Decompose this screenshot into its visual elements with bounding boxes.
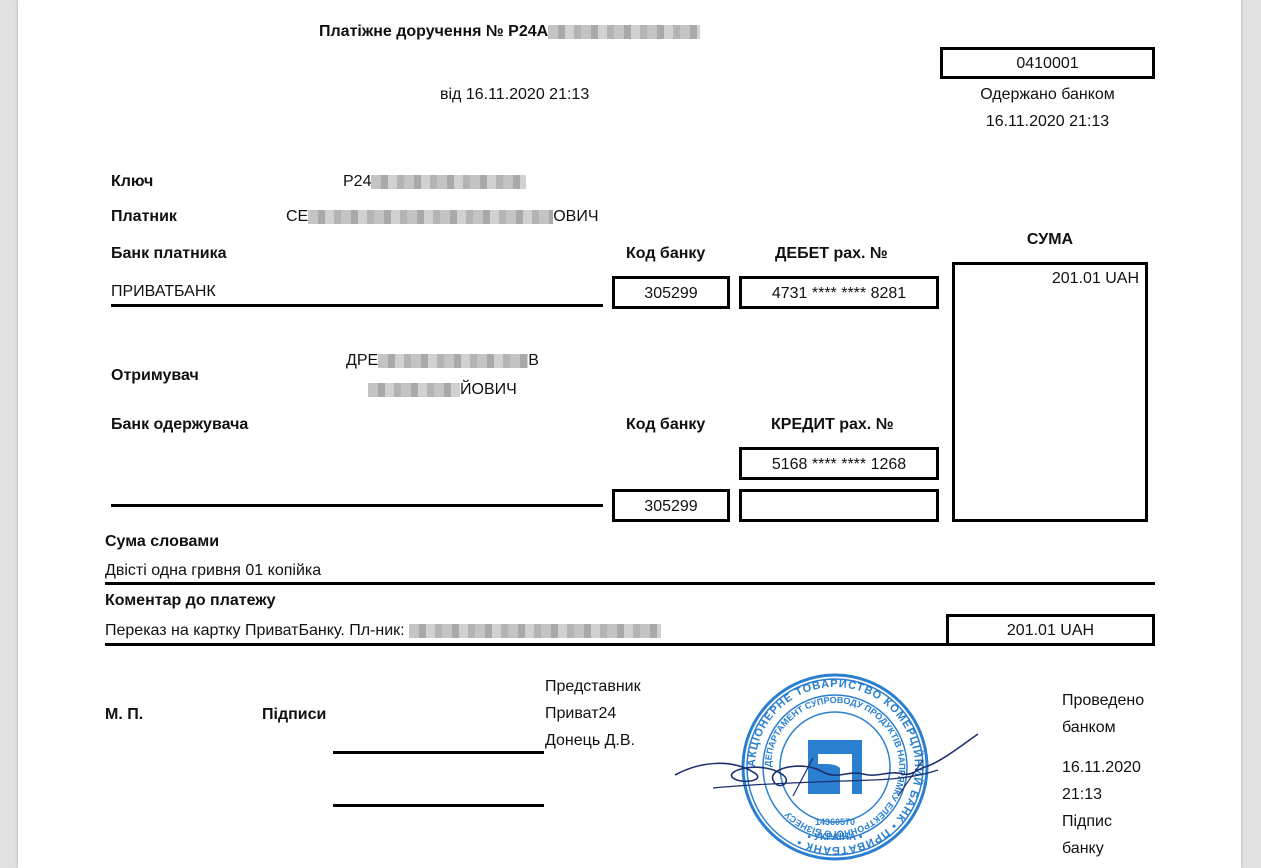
- payer-bank-code: 305299: [615, 285, 727, 303]
- signature-line-1: [333, 751, 544, 754]
- comment-amount-box: 201.01 UAH: [946, 614, 1155, 646]
- debit-label: ДЕБЕТ рах. №: [775, 245, 888, 263]
- bank-processed-line-2: банком: [1062, 719, 1116, 737]
- redacted-recipient-2: [368, 383, 460, 397]
- recipient-name-line2: ЙОВИЧ: [368, 381, 517, 399]
- document-date: від 16.11.2020 21:13: [440, 86, 589, 104]
- redacted-comment: [409, 624, 661, 638]
- form-code-box: 0410001: [940, 47, 1155, 79]
- recipient-bank-label: Банк одержувача: [111, 416, 248, 434]
- representative-line-2: Приват24: [545, 705, 616, 723]
- words-label: Сума словами: [105, 533, 219, 551]
- payer-bank-value: ПРИВАТБАНК: [111, 283, 216, 301]
- key-value: P24: [343, 173, 526, 191]
- payer-bank-code-label: Код банку: [626, 245, 705, 263]
- recipient-line2-end: ЙОВИЧ: [460, 381, 517, 398]
- amount-label: СУМА: [952, 231, 1148, 249]
- representative-line-3: Донець Д.В.: [545, 732, 635, 750]
- bank-processed-date: 16.11.2020: [1062, 759, 1141, 777]
- recipient-line1-end: В: [528, 352, 539, 369]
- amount-box: 201.01 UAH: [952, 262, 1148, 522]
- payer-bank-label: Банк платника: [111, 245, 226, 263]
- redacted-key: [371, 175, 526, 189]
- payer-bank-code-box: 305299: [612, 276, 730, 309]
- bank-processed-time: 21:13: [1062, 786, 1102, 804]
- recipient-bank-code-box: 305299: [612, 489, 730, 522]
- handwritten-signature-icon: [673, 730, 983, 800]
- comment-underline: [105, 643, 947, 646]
- credit-account-box: 5168 **** **** 1268: [739, 447, 939, 480]
- amount-value: 201.01 UAH: [1052, 270, 1139, 288]
- payer-label: Платник: [111, 208, 177, 226]
- recipient-bank-code-label: Код банку: [626, 416, 705, 434]
- key-value-text: P24: [343, 173, 371, 190]
- document-title-text: Платіжне доручення № P24A: [319, 23, 548, 40]
- words-value: Двісті одна гривня 01 копійка: [105, 562, 321, 580]
- recipient-bank-code: 305299: [615, 498, 727, 516]
- payment-order-page: Платіжне доручення № P24A від 16.11.2020…: [18, 0, 1241, 868]
- seal-label: М. П.: [105, 706, 143, 724]
- comment-amount: 201.01 UAH: [949, 622, 1152, 640]
- credit-label: КРЕДИТ рах. №: [771, 416, 894, 434]
- document-title: Платіжне доручення № P24A: [319, 23, 700, 41]
- form-code: 0410001: [943, 55, 1152, 73]
- recipient-line1-start: ДРЕ: [346, 352, 378, 369]
- key-label: Ключ: [111, 173, 153, 191]
- received-datetime: 16.11.2020 21:13: [940, 113, 1155, 131]
- signature-line-2: [333, 804, 544, 807]
- received-label: Одержано банком: [940, 86, 1155, 104]
- words-underline: [105, 582, 1155, 585]
- debit-account: 4731 **** **** 8281: [742, 285, 936, 303]
- signatures-label: Підписи: [262, 706, 326, 724]
- payer-name-start: СЕ: [286, 208, 308, 225]
- recipient-bank-underline: [111, 504, 603, 507]
- redacted-payer: [308, 210, 553, 224]
- credit-account: 5168 **** **** 1268: [742, 456, 936, 474]
- comment-value: Переказ на картку ПриватБанку. Пл-ник:: [105, 622, 661, 640]
- comment-label: Коментар до платежу: [105, 592, 276, 610]
- recipient-name-line1: ДРЕВ: [346, 352, 539, 370]
- debit-account-box: 4731 **** **** 8281: [739, 276, 939, 309]
- svg-text:• УКРАЇНА •: • УКРАЇНА •: [807, 830, 863, 843]
- redacted-number: [548, 25, 700, 39]
- payer-name-end: ОВИЧ: [553, 208, 598, 225]
- representative-line-1: Представник: [545, 678, 641, 696]
- recipient-label: Отримувач: [111, 367, 199, 385]
- comment-text: Переказ на картку ПриватБанку. Пл-ник:: [105, 622, 405, 639]
- recipient-extra-box: [739, 489, 939, 522]
- bank-processed-line-1: Проведено: [1062, 692, 1144, 710]
- redacted-recipient-1: [378, 354, 528, 368]
- payer-bank-underline: [111, 304, 603, 307]
- svg-text:14360570: 14360570: [815, 817, 855, 827]
- bank-signature-line-2: банку: [1062, 840, 1104, 858]
- payer-name: СЕОВИЧ: [286, 208, 599, 226]
- bank-signature-line-1: Підпис: [1062, 813, 1112, 831]
